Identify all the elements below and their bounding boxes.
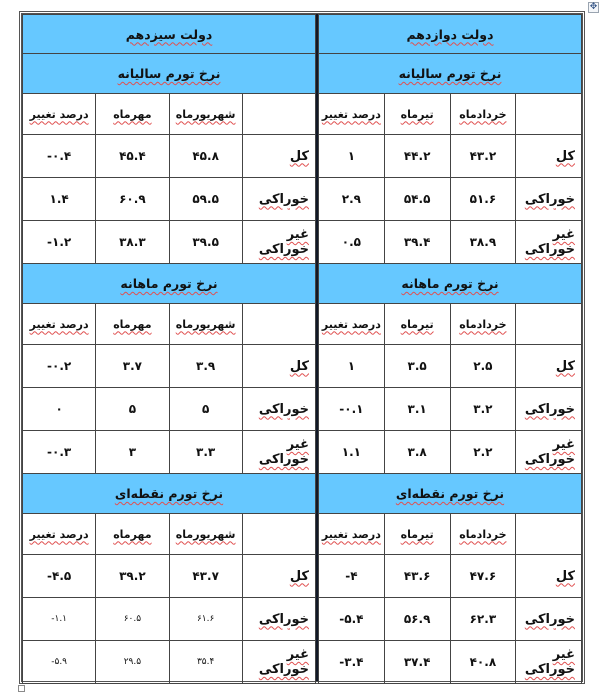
value-cell: ۲.۹ [319,178,385,221]
section-title-text: نرخ تورم ماهانه [120,276,217,291]
column-header-row: شهریورماهمهرماهدرصد تغییر [23,514,316,555]
section-title-text: نرخ تورم نقطه‌ای [396,486,504,501]
value-cell: ۳۷.۴ [384,641,450,684]
table-row: کل۲.۵۳.۵۱ [319,345,582,388]
section-title-text: نرخ تورم نقطه‌ای [115,486,223,501]
column-header: تیرماه [384,304,450,345]
value-cell: ۳۸.۹ [450,221,516,264]
government-title: دولت سیزدهم [23,15,316,54]
column-header-text: تیرماه [401,528,434,541]
column-header-text: شهریورماه [176,108,236,121]
table-row: خوراکی۶۱.۶۶۰.۵-۱.۱ [23,598,316,641]
row-label: خوراکی [242,178,315,221]
table-row: غیر خوراکی۳۹.۵۳۸.۳-۱.۲ [23,221,316,264]
value-cell: ۳.۸ [384,431,450,474]
section-title: نرخ تورم نقطه‌ای [319,474,582,514]
column-header: درصد تغییر [23,94,96,135]
column-header-row: خردادماهتیرماهدرصد تغییر [319,94,582,135]
value-cell: ۲۹.۵ [96,641,169,684]
value-cell: ۶۰.۹ [96,178,169,221]
column-header: تیرماه [384,514,450,555]
column-header-text: درصد تغییر [322,528,381,541]
row-label: غیر خوراکی [242,221,315,264]
table-resize-handle-icon[interactable] [18,685,25,692]
government-title-text: دولت سیزدهم [126,27,213,42]
column-header-text: خردادماه [459,318,506,331]
column-header [516,94,582,135]
row-label: خوراکی [516,178,582,221]
table-row: غیر خوراکی۳۵.۴۲۹.۵-۵.۹ [23,641,316,684]
row-label-text: کل [290,569,309,584]
column-header: درصد تغییر [319,94,385,135]
column-header: درصد تغییر [319,514,385,555]
value-cell: ۵۴.۵ [384,178,450,221]
government-title: دولت دوازدهم [319,15,582,54]
value-cell: ۱ [319,135,385,178]
value-cell: -۰.۳ [23,431,96,474]
value-cell: ۶۱.۶ [169,598,242,641]
value-cell: ۴۳.۶ [384,555,450,598]
value-cell: -۳.۴ [319,641,385,684]
section-title: نرخ تورم سالیانه [23,54,316,94]
table-row: غیر خوراکی۳۸.۹۳۹.۴۰.۵ [319,221,582,264]
value-cell: -۱.۱ [23,598,96,641]
center-divider [316,14,318,681]
value-cell: ۵۶.۹ [384,598,450,641]
column-header-row: خردادماهتیرماهدرصد تغییر [319,514,582,555]
row-label: غیر خوراکی [516,641,582,684]
value-cell: ۵۱.۶ [450,178,516,221]
value-cell: ۵ [169,388,242,431]
row-label: کل [242,345,315,388]
value-cell: ۳۹.۴ [384,221,450,264]
government-table: دولت دوازدهمنرخ تورم سالیانهخردادماهتیرم… [318,14,582,684]
column-header: شهریورماه [169,514,242,555]
section-title-text: نرخ تورم سالیانه [399,66,502,81]
government-title-text: دولت دوازدهم [406,27,493,42]
row-label-text: کل [556,359,575,374]
section-title: نرخ تورم نقطه‌ای [23,474,316,514]
column-header [242,514,315,555]
section-title: نرخ تورم سالیانه [319,54,582,94]
column-header-text: مهرماه [113,318,151,331]
value-cell: ۴۷.۶ [450,555,516,598]
value-cell: ۳۸.۳ [96,221,169,264]
value-cell: ۳.۱ [384,388,450,431]
row-label-text: کل [290,149,309,164]
table-row: کل۴۵.۸۴۵.۴-۰.۴ [23,135,316,178]
column-header-row: شهریورماهمهرماهدرصد تغییر [23,304,316,345]
row-label: خوراکی [516,388,582,431]
table-row: غیر خوراکی۳.۳۳-۰.۳ [23,431,316,474]
column-header-text: مهرماه [113,108,151,121]
column-header: مهرماه [96,514,169,555]
column-header-text: شهریورماه [176,318,236,331]
column-header: تیرماه [384,94,450,135]
row-label-text: غیر خوراکی [525,437,575,467]
row-label: کل [516,345,582,388]
column-header-text: تیرماه [401,108,434,121]
value-cell: -۰.۲ [23,345,96,388]
column-header-text: درصد تغییر [322,108,381,121]
row-label: کل [516,555,582,598]
row-label-text: خوراکی [525,192,575,207]
column-header: درصد تغییر [23,304,96,345]
column-header-text: تیرماه [401,318,434,331]
row-label-text: غیر خوراکی [259,227,309,257]
value-cell: ۳.۷ [96,345,169,388]
row-label: غیر خوراکی [516,221,582,264]
column-header-row: شهریورماهمهرماهدرصد تغییر [23,94,316,135]
column-header-text: خردادماه [459,528,506,541]
row-label: غیر خوراکی [242,641,315,684]
value-cell: ۳۵.۴ [169,641,242,684]
row-label-text: کل [556,569,575,584]
value-cell: ۶۲.۳ [450,598,516,641]
value-cell: -۴ [319,555,385,598]
row-label-text: غیر خوراکی [259,437,309,467]
column-header: درصد تغییر [319,304,385,345]
value-cell: -۵.۴ [319,598,385,641]
value-cell: ۳.۳ [169,431,242,474]
value-cell: ۴۰.۸ [450,641,516,684]
value-cell: ۵۹.۵ [169,178,242,221]
row-label-text: کل [290,359,309,374]
column-header [242,94,315,135]
value-cell: -۴.۵ [23,555,96,598]
value-cell: -۰.۱ [319,388,385,431]
value-cell: ۴۵.۴ [96,135,169,178]
row-label: خوراکی [242,598,315,641]
value-cell: ۶۰.۵ [96,598,169,641]
row-label: غیر خوراکی [516,431,582,474]
section-title: نرخ تورم ماهانه [319,264,582,304]
row-label-text: خوراکی [525,612,575,627]
column-header-text: درصد تغییر [322,318,381,331]
table-row: کل۳.۹۳.۷-۰.۲ [23,345,316,388]
government-12-panel: دولت دوازدهمنرخ تورم سالیانهخردادماهتیرم… [318,14,582,681]
value-cell: ۱ [319,345,385,388]
row-label: کل [242,135,315,178]
row-label-text: غیر خوراکی [525,647,575,677]
value-cell: ۳.۹ [169,345,242,388]
row-label-text: خوراکی [525,402,575,417]
value-cell: ۰.۵ [319,221,385,264]
table-row: خوراکی۶۲.۳۵۶.۹-۵.۴ [319,598,582,641]
value-cell: ۳ [96,431,169,474]
table-row: خوراکی۵۵۰ [23,388,316,431]
table-row: خوراکی۳.۲۳.۱-۰.۱ [319,388,582,431]
column-header-text: مهرماه [113,528,151,541]
row-label: خوراکی [242,388,315,431]
government-13-panel: دولت سیزدهمنرخ تورم سالیانهشهریورماهمهرم… [22,14,316,681]
row-label: کل [242,555,315,598]
column-header: خردادماه [450,514,516,555]
table-row: کل۴۷.۶۴۳.۶-۴ [319,555,582,598]
table-row: کل۴۳.۲۴۴.۲۱ [319,135,582,178]
row-label-text: غیر خوراکی [259,647,309,677]
table-row: غیر خوراکی۲.۲۳.۸۱.۱ [319,431,582,474]
column-header: خردادماه [450,94,516,135]
column-header-text: درصد تغییر [30,108,89,121]
column-header: شهریورماه [169,94,242,135]
column-header-text: درصد تغییر [30,318,89,331]
section-title-text: نرخ تورم ماهانه [401,276,498,291]
table-row: خوراکی۵۹.۵۶۰.۹۱.۴ [23,178,316,221]
value-cell: ۲.۲ [450,431,516,474]
table-row: کل۴۳.۷۳۹.۲-۴.۵ [23,555,316,598]
value-cell: ۲.۵ [450,345,516,388]
inflation-comparison-table: دولت دوازدهمنرخ تورم سالیانهخردادماهتیرم… [19,11,585,684]
value-cell: ۴۵.۸ [169,135,242,178]
row-label: غیر خوراکی [242,431,315,474]
value-cell: ۳۹.۵ [169,221,242,264]
value-cell: -۰.۴ [23,135,96,178]
value-cell: -۵.۹ [23,641,96,684]
table-move-handle-icon[interactable]: ✥ [588,2,599,13]
column-header-text: شهریورماه [176,528,236,541]
value-cell: ۴۳.۷ [169,555,242,598]
column-header [242,304,315,345]
row-label-text: غیر خوراکی [525,227,575,257]
column-header-text: درصد تغییر [30,528,89,541]
column-header: مهرماه [96,304,169,345]
table-row: غیر خوراکی۴۰.۸۳۷.۴-۳.۴ [319,641,582,684]
value-cell: ۳۹.۲ [96,555,169,598]
column-header [516,514,582,555]
government-table: دولت سیزدهمنرخ تورم سالیانهشهریورماهمهرم… [22,14,316,684]
value-cell: ۵ [96,388,169,431]
column-header [516,304,582,345]
row-label-text: خوراکی [259,402,309,417]
value-cell: ۱.۱ [319,431,385,474]
column-header-row: خردادماهتیرماهدرصد تغییر [319,304,582,345]
column-header: مهرماه [96,94,169,135]
value-cell: ۴۳.۲ [450,135,516,178]
column-header-text: خردادماه [459,108,506,121]
section-title-text: نرخ تورم سالیانه [118,66,221,81]
value-cell: ۳.۵ [384,345,450,388]
row-label: خوراکی [516,598,582,641]
row-label-text: خوراکی [259,612,309,627]
value-cell: ۰ [23,388,96,431]
column-header: درصد تغییر [23,514,96,555]
column-header: شهریورماه [169,304,242,345]
value-cell: ۱.۴ [23,178,96,221]
value-cell: ۴۴.۲ [384,135,450,178]
row-label: کل [516,135,582,178]
section-title: نرخ تورم ماهانه [23,264,316,304]
column-header: خردادماه [450,304,516,345]
row-label-text: خوراکی [259,192,309,207]
row-label-text: کل [556,149,575,164]
value-cell: -۱.۲ [23,221,96,264]
value-cell: ۳.۲ [450,388,516,431]
table-row: خوراکی۵۱.۶۵۴.۵۲.۹ [319,178,582,221]
